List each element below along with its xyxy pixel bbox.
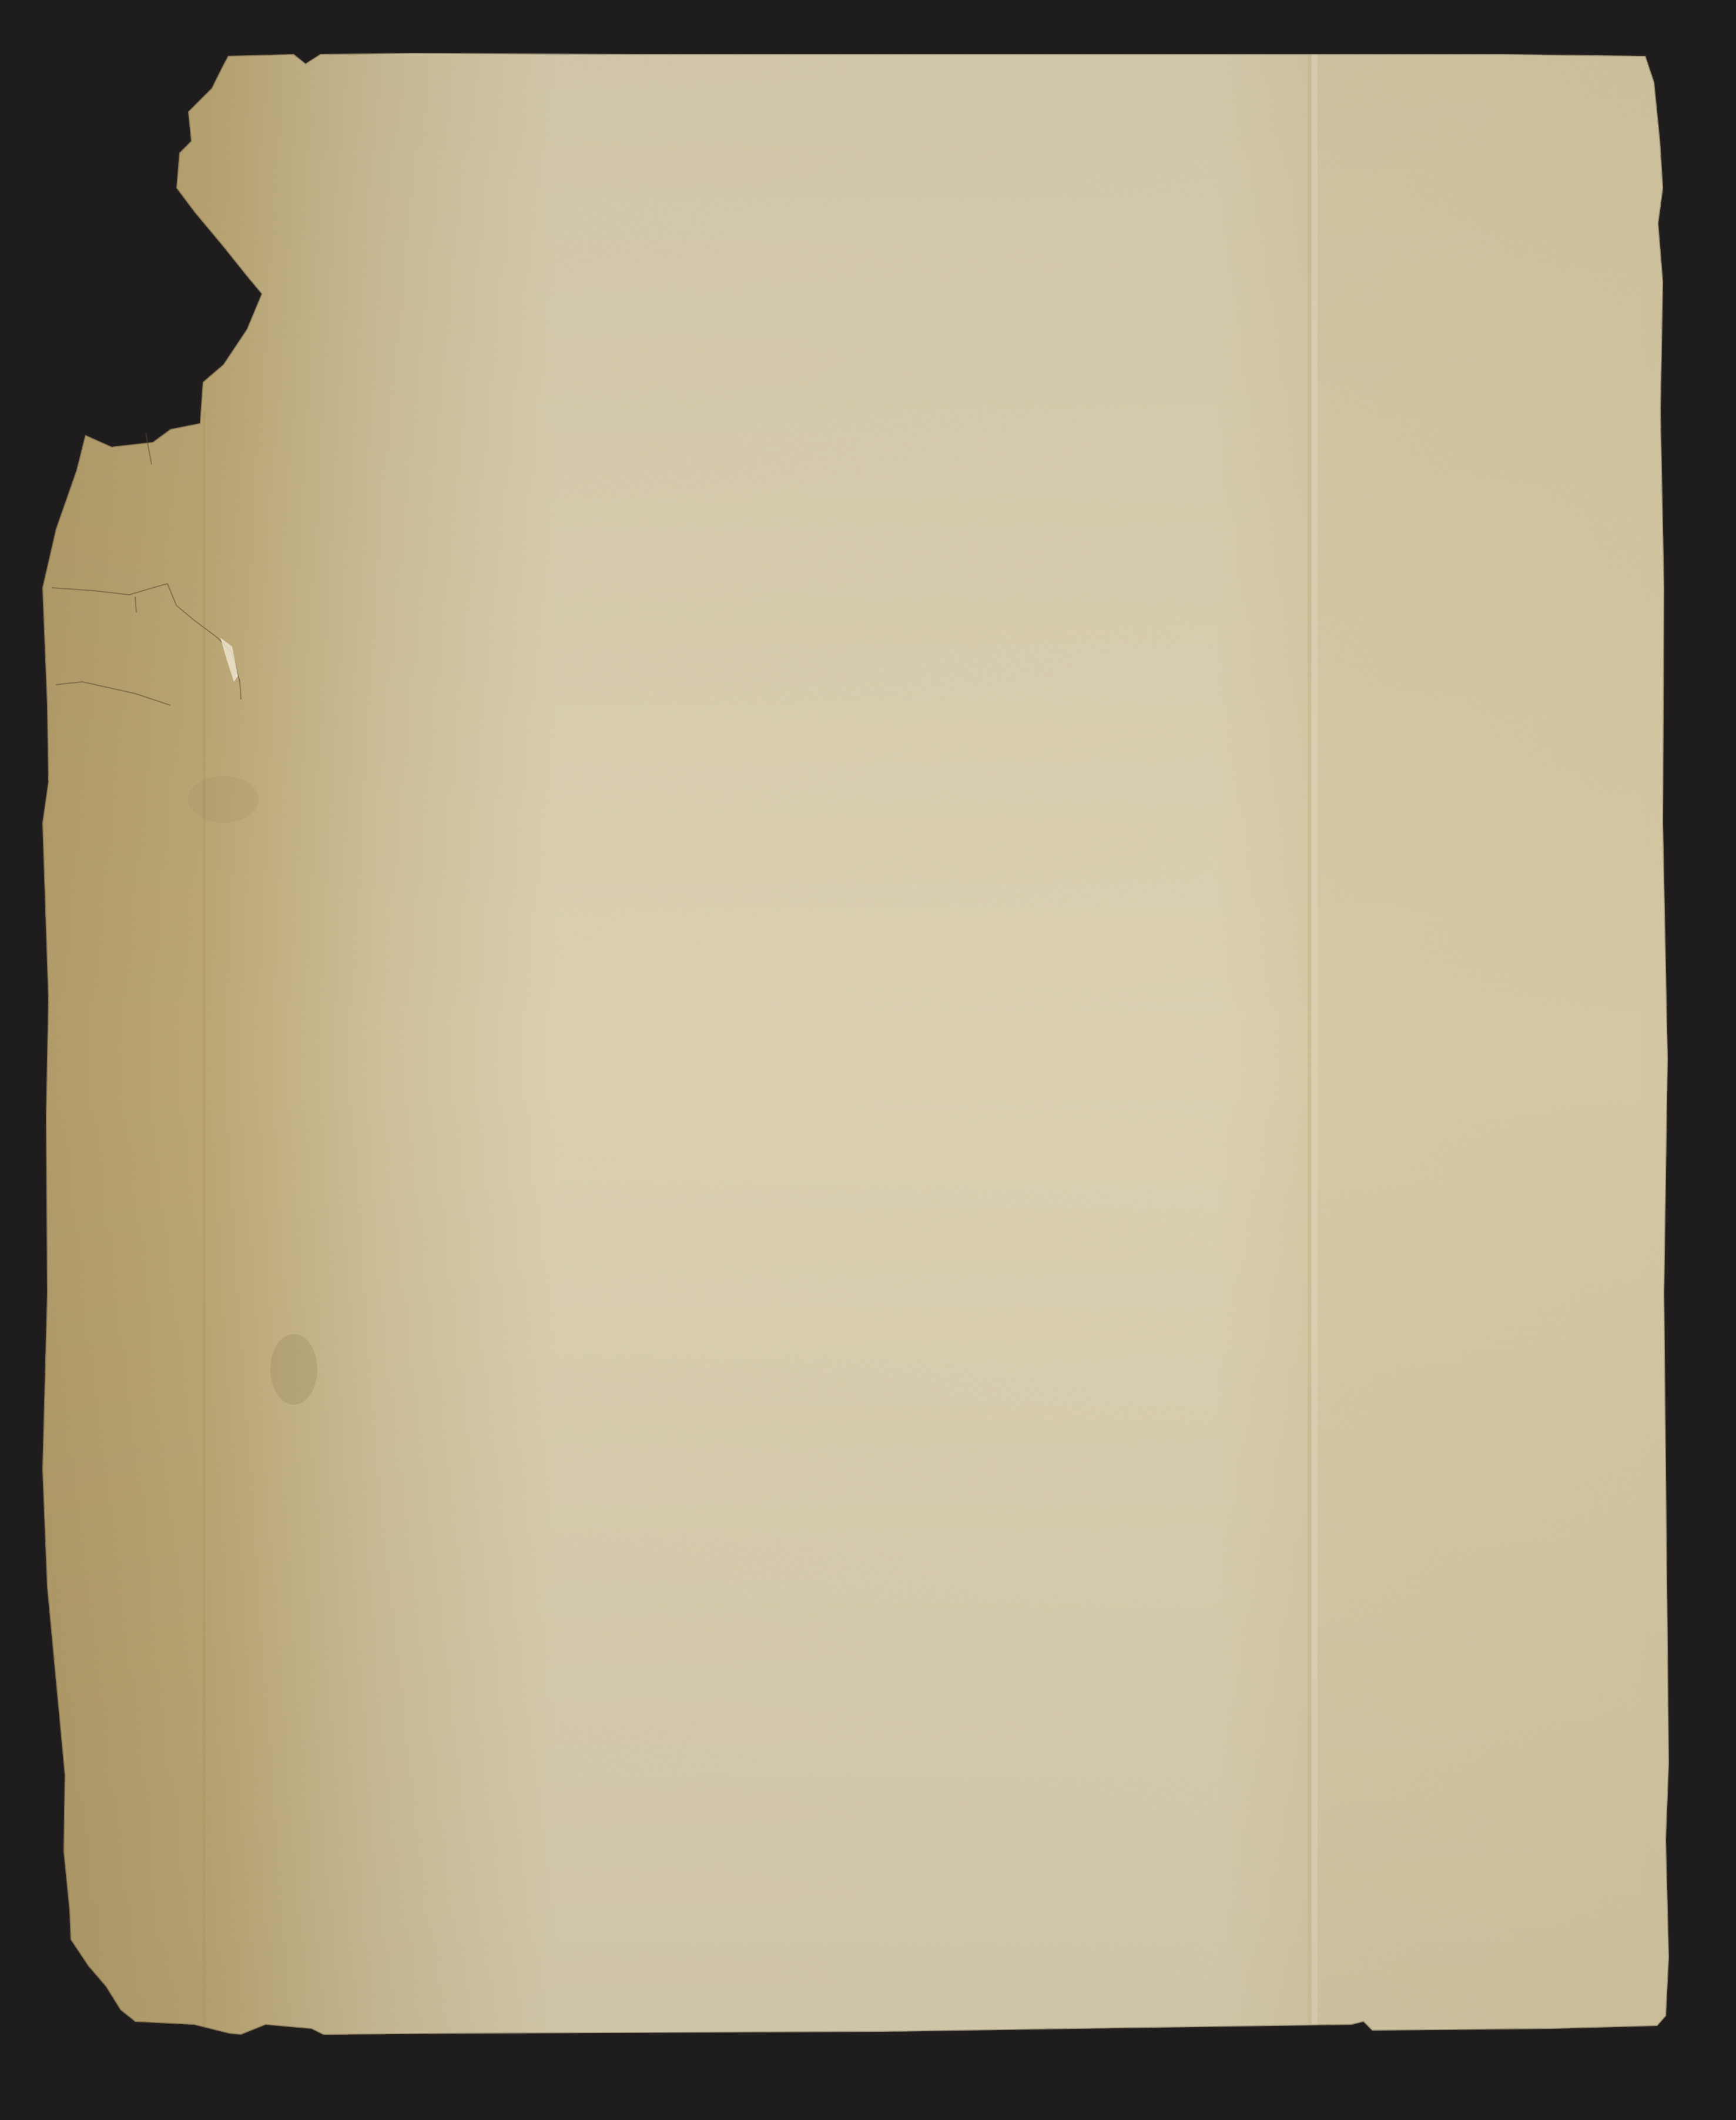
photo-stage: Blank aged paper sheet with torn left ed… bbox=[0, 0, 1736, 2120]
paper-grain-texture bbox=[0, 0, 1736, 2120]
stain-mark bbox=[270, 1334, 317, 1405]
paper-crease bbox=[1308, 53, 1311, 2039]
paper-sheet bbox=[0, 0, 1736, 2120]
